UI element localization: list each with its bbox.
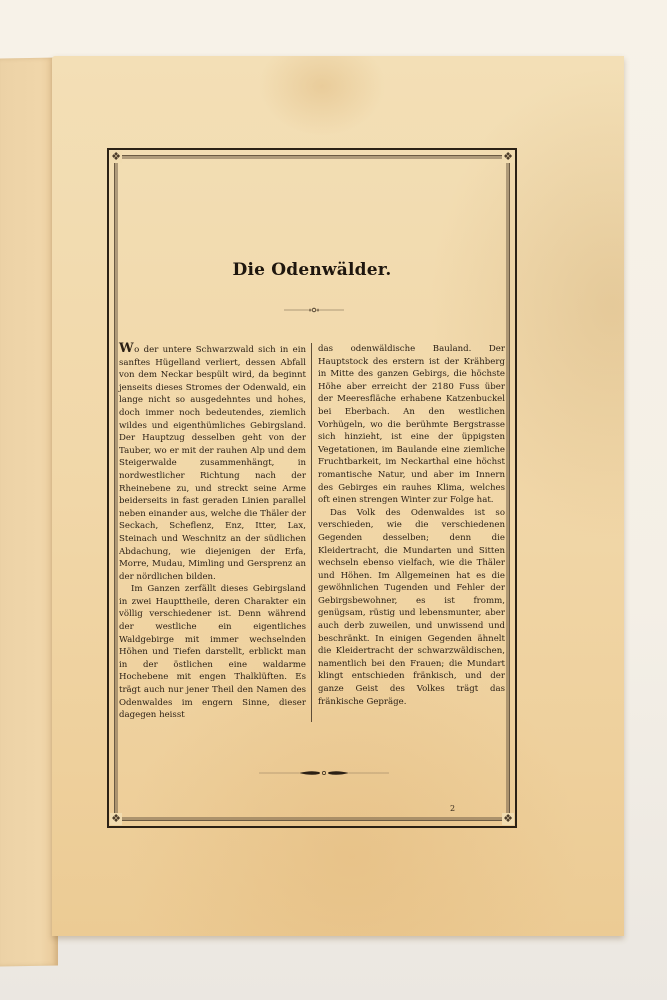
end-flourish-icon [259, 768, 389, 778]
text-column-right: das odenwäldische Bauland. Der Hauptstoc… [312, 343, 505, 722]
facing-page-left [0, 57, 58, 966]
paragraph: Das Volk des Odenwaldes ist so verschied… [318, 507, 505, 709]
page-border-frame: ❖ ❖ ❖ ❖ Die Odenwälder. Wo der untere Sc… [107, 148, 517, 828]
corner-ornament-icon: ❖ [502, 151, 514, 163]
paragraph-text: o der untere Schwarzwald sich in ein san… [119, 345, 306, 582]
two-column-text: Wo der untere Schwarzwald sich in ein sa… [119, 343, 507, 722]
corner-ornament-icon: ❖ [110, 813, 122, 825]
corner-ornament-icon: ❖ [502, 813, 514, 825]
drop-cap: W [119, 341, 134, 356]
title-flourish-icon [284, 306, 344, 314]
paragraph: das odenwäldische Bauland. Der Hauptstoc… [318, 343, 505, 507]
corner-ornament-icon: ❖ [110, 151, 122, 163]
page-title: Die Odenwälder. [109, 260, 515, 280]
page-number: 2 [450, 804, 455, 813]
text-column-left: Wo der untere Schwarzwald sich in ein sa… [119, 343, 312, 722]
paragraph: Wo der untere Schwarzwald sich in ein sa… [119, 343, 306, 583]
paragraph: Im Ganzen zerfällt dieses Gebirgsland in… [119, 583, 306, 722]
